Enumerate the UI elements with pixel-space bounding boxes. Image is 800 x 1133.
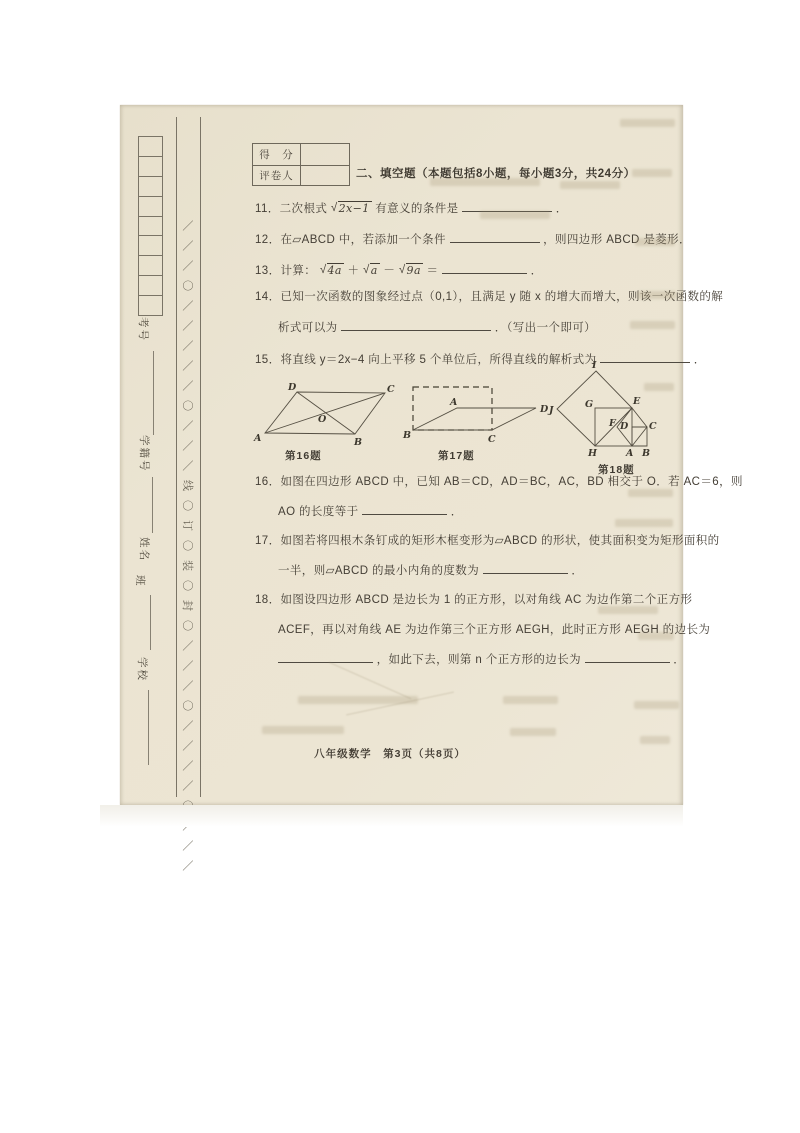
bleed-through-smudge [628, 489, 673, 497]
bleed-through-smudge [262, 726, 344, 734]
bleed-through-smudge [640, 736, 670, 744]
paper-bottom-edge [100, 805, 683, 827]
answer-blank [585, 651, 670, 663]
fig18-label-a: A [625, 448, 633, 459]
bleed-through-smudge [630, 321, 675, 329]
fig18-label-i: I [591, 360, 597, 371]
fig16-label-a: A [253, 433, 261, 444]
q17-text: 一半，则▱ABCD 的最小内角的度数为 [278, 565, 479, 577]
q15-period: ． [694, 354, 706, 366]
fig17-label-c: C [488, 434, 496, 445]
figure-17: A D B C [402, 387, 549, 445]
bleed-through-smudge [598, 606, 658, 614]
fig16-diagonal-db [297, 392, 355, 434]
fig16-label-d: D [287, 382, 297, 393]
q16-text: AO 的长度等于 [278, 506, 359, 518]
question-16-line1: 16．如图在四边形 ABCD 中，已知 AB＝CD，AD＝BC，AC，BD 相交… [255, 473, 743, 489]
bleed-through-smudge [635, 238, 675, 246]
fig18-label-h: H [587, 448, 598, 459]
q16-period: ． [451, 506, 463, 518]
fig17-parallelogram [413, 408, 536, 430]
q17-period: ． [571, 565, 583, 577]
exam-paper-sheet: 考号 学籍号 姓名 班 学校 ＼＼＼〇＼＼＼＼＼〇＼＼＼线〇订〇装〇封〇＼＼＼〇… [120, 105, 683, 805]
figure-18: I J G E F D C H A B [547, 360, 657, 459]
answer-blank [362, 503, 447, 515]
fig18-label-e: E [632, 396, 641, 407]
fig18-label-f: F [608, 418, 617, 429]
fig17-label-b: B [402, 430, 411, 441]
question-17-line1: 17．如图若将四根木条钉成的矩形木框变形为▱ABCD 的形状，使其面积变为矩形面… [255, 532, 720, 548]
fig17-dashed-rect [413, 387, 492, 430]
fig16-label-c: C [387, 384, 395, 395]
fig18-label-b: B [641, 448, 650, 459]
bleed-through-smudge [620, 119, 675, 127]
fig17-label-a: A [449, 397, 457, 408]
fig18-label-j: J [547, 405, 554, 416]
question-16-line2: AO 的长度等于 ． [278, 503, 463, 519]
question-18-line1: 18．如图设四边形 ABCD 是边长为 1 的正方形，以对角线 AC 为边作第二… [255, 591, 692, 607]
q18-period: ． [673, 654, 685, 666]
bleed-through-smudge [480, 211, 550, 219]
question-17-line2: 一半，则▱ABCD 的最小内角的度数为 ． [278, 562, 583, 578]
fig16-diagonal-ac [265, 393, 385, 433]
fig16-caption: 第16题 [285, 448, 322, 463]
q18-text: ，如此下去，则第 n 个正方形的边长为 [377, 654, 581, 666]
bleed-through-smudge [638, 632, 674, 640]
scanned-exam-page: 考号 学籍号 姓名 班 学校 ＼＼＼〇＼＼＼＼＼〇＼＼＼线〇订〇装〇封〇＼＼＼〇… [0, 0, 800, 1133]
page-footer: 八年级数学 第3页（共8页） [300, 746, 480, 761]
bleed-through-smudge [632, 169, 672, 177]
bleed-through-smudge [503, 696, 558, 704]
answer-blank [483, 562, 568, 574]
bleed-through-smudge [615, 519, 673, 527]
bleed-through-smudge [510, 728, 556, 736]
answer-blank [278, 651, 373, 663]
fig17-caption: 第17题 [438, 448, 475, 463]
bleed-through-smudge [638, 291, 676, 299]
question-18-line3: ，如此下去，则第 n 个正方形的边长为 ． [278, 651, 685, 667]
fig18-label-c: C [649, 421, 657, 432]
figure-16: A D C B O [253, 382, 395, 448]
fig16-label-o: O [318, 414, 327, 425]
fig18-outer-square [557, 371, 632, 446]
bleed-through-smudge [560, 181, 620, 189]
fig17-label-d: D [539, 404, 549, 415]
fig16-label-b: B [353, 437, 362, 448]
fig18-label-g: G [585, 399, 593, 410]
bleed-through-smudge [430, 178, 540, 186]
fig18-label-d: D [619, 421, 629, 432]
bleed-through-smudge [634, 701, 679, 709]
bleed-through-smudge [644, 383, 674, 391]
